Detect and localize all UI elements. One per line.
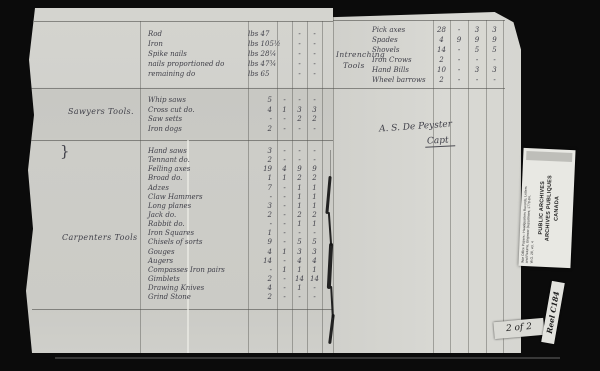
quantity-cell: - xyxy=(292,293,307,301)
quantity-cell: 3 xyxy=(292,248,307,256)
quantity-cell: - xyxy=(277,96,292,104)
quantity-cell: - xyxy=(292,96,307,104)
stamp-reference-text: War Office Papers : Headquarters Records… xyxy=(521,151,539,263)
ledger-item-name: Iron Crows xyxy=(372,56,412,64)
quantity-cell: 1 xyxy=(292,266,307,274)
quantity-cell: 2 xyxy=(292,174,307,182)
ledger-row: Rabbit do. - - 1 1 xyxy=(26,220,333,229)
quantity-cell: 1 xyxy=(292,220,307,228)
quantity-cell: 2 xyxy=(307,115,322,123)
ledger-item-name: Grind Stone xyxy=(148,293,191,301)
quantity-cell: 3 xyxy=(468,66,486,74)
quantity-cell: - xyxy=(468,56,486,64)
ledger-row: Iron Squares 1 - - - xyxy=(26,229,333,238)
ledger-item-name: Felling axes xyxy=(148,165,190,173)
quantity-cell: 3 xyxy=(486,26,503,34)
quantity-cell: 2 xyxy=(248,211,277,219)
quantity-cell: 4 xyxy=(292,257,307,265)
quantity-cell: - xyxy=(486,76,503,84)
ledger-item-name: Iron dogs xyxy=(148,125,182,133)
quantity-cell: 9 xyxy=(248,238,277,246)
ledger-row: Spike nails lbs 28¼ - - xyxy=(26,50,333,60)
quantity-cell: 2 xyxy=(248,275,277,283)
carpenters-section: Hand saws 3 - - - Tennant do. 2 - - - Fe… xyxy=(26,147,333,302)
quantity-cell: - xyxy=(450,46,468,54)
ledger-item-name: Claw Hammers xyxy=(148,193,203,201)
reel-number-label: Reel C184 xyxy=(541,281,565,344)
quantity-cell: - xyxy=(277,293,292,301)
quantity-cell: - xyxy=(277,147,292,155)
quantity-cell: - xyxy=(248,220,277,228)
quantity-cell: 1 xyxy=(307,220,322,228)
quantity-cell: - xyxy=(307,125,322,133)
quantity-cell: 14 xyxy=(433,46,450,54)
weight-cell: lbs 47¾ xyxy=(248,60,288,68)
quantity-cell: - xyxy=(292,70,307,78)
quantity-cell: 2 xyxy=(248,125,277,133)
quantity-cell: 5 xyxy=(292,238,307,246)
quantity-cell: 4 xyxy=(248,284,277,292)
ledger-item-name: Hand Bills xyxy=(372,66,409,74)
quantity-cell: 9 xyxy=(468,36,486,44)
quantity-cell: - xyxy=(307,156,322,164)
quantity-cell: 4 xyxy=(248,106,277,114)
signature-rank: Capt xyxy=(425,135,455,148)
ledger-item-name: Shovels xyxy=(372,46,399,54)
ledger-row: Drawing Knives 4 - 1 - xyxy=(26,284,333,293)
quantity-cell: 1 xyxy=(277,174,292,182)
quantity-cell: - xyxy=(450,66,468,74)
quantity-cell: 4 xyxy=(277,165,292,173)
ledger-row: Iron Crows 2 - - - xyxy=(333,56,521,66)
quantity-cell: - xyxy=(307,70,322,78)
quantity-cell: - xyxy=(307,40,322,48)
ledger-item-name: Gouges xyxy=(148,248,175,256)
quantity-cell: 2 xyxy=(292,211,307,219)
quantity-cell: 3 xyxy=(468,26,486,34)
quantity-cell: 2 xyxy=(307,211,322,219)
ledger-row: Gimblets 2 - 14 14 xyxy=(26,275,333,284)
quantity-cell: - xyxy=(307,96,322,104)
ledger-row: Whip saws 5 - - - xyxy=(26,96,333,106)
quantity-cell: - xyxy=(292,229,307,237)
quantity-cell: - xyxy=(248,115,277,123)
quantity-cell: 3 xyxy=(486,66,503,74)
quantity-cell: 1 xyxy=(277,266,292,274)
film-edge-streak xyxy=(55,357,560,359)
quantity-cell: 14 xyxy=(307,275,322,283)
ledger-row: nails proportioned do lbs 47¾ - - xyxy=(26,60,333,70)
quantity-cell: 3 xyxy=(248,147,277,155)
quantity-cell: - xyxy=(307,284,322,292)
ledger-row: Compasses Iron pairs - 1 1 1 xyxy=(26,266,333,275)
ledger-item-name: Broad do. xyxy=(148,174,182,182)
ledger-item-name: Adzes xyxy=(148,184,169,192)
weight-cell: lbs 65 xyxy=(248,70,288,78)
ledger-item-name: Whip saws xyxy=(148,96,186,104)
quantity-cell: 4 xyxy=(433,36,450,44)
ledger-row: Tennant do. 2 - - - xyxy=(26,156,333,165)
ledger-row: Iron dogs 2 - - - xyxy=(26,125,333,135)
ledger-item-name: Wheel barrows xyxy=(372,76,426,84)
quantity-cell: - xyxy=(277,184,292,192)
quantity-cell: - xyxy=(292,125,307,133)
quantity-cell: 1 xyxy=(277,248,292,256)
ledger-item-name: Rod xyxy=(148,30,162,38)
quantity-cell: 19 xyxy=(248,165,277,173)
ledger-row: Rod lbs 47 - - xyxy=(26,30,333,40)
ledger-row: Chisels of sorts 9 - 5 5 xyxy=(26,238,333,247)
weight-cell: lbs 28¼ xyxy=(248,50,288,58)
stamp-archive-name: PUBLIC ARCHIVES ARCHIVES PUBLIQUES CANAD… xyxy=(537,157,563,260)
quantity-cell: 10 xyxy=(433,66,450,74)
quantity-cell: 1 xyxy=(307,193,322,201)
ledger-row: Iron lbs 105½ - - xyxy=(26,40,333,50)
iron-stores-section: Rod lbs 47 - - Iron lbs 105½ - - Spike n… xyxy=(26,30,333,80)
quantity-cell: - xyxy=(292,60,307,68)
ledger-row: Augers 14 - 4 4 xyxy=(26,257,333,266)
quantity-cell: - xyxy=(277,125,292,133)
ledger-row: Felling axes 19 4 9 9 xyxy=(26,165,333,174)
quantity-cell: 2 xyxy=(248,293,277,301)
ledger-row: Hand Bills 10 - 3 3 xyxy=(333,66,521,76)
document-right-page: Intrenching Tools Pick axes 28 - 3 3 Spa… xyxy=(333,12,521,353)
quantity-cell: 3 xyxy=(248,202,277,210)
quantity-cell: - xyxy=(277,202,292,210)
quantity-cell: - xyxy=(277,275,292,283)
quantity-cell: - xyxy=(277,229,292,237)
signature-name: A. S. De Peyster xyxy=(379,119,453,134)
ledger-row: remaining do lbs 65 - - xyxy=(26,70,333,80)
ledger-item-name: Iron xyxy=(148,40,163,48)
horizontal-rule xyxy=(333,88,505,89)
page-count-label: 2 of 2 xyxy=(493,318,544,339)
quantity-cell: - xyxy=(292,156,307,164)
quantity-cell: - xyxy=(307,229,322,237)
ledger-item-name: Hand saws xyxy=(148,147,187,155)
quantity-cell: - xyxy=(450,26,468,34)
ledger-item-name: Rabbit do. xyxy=(148,220,185,228)
ledger-item-name: Tennant do. xyxy=(148,156,190,164)
quantity-cell: 14 xyxy=(292,275,307,283)
quantity-cell: 5 xyxy=(468,46,486,54)
quantity-cell: 7 xyxy=(248,184,277,192)
quantity-cell: 5 xyxy=(486,46,503,54)
horizontal-rule xyxy=(32,309,333,310)
ledger-item-name: Drawing Knives xyxy=(148,284,204,292)
ledger-item-name: Pick axes xyxy=(372,26,405,34)
sawyers-section: Whip saws 5 - - - Cross cut do. 4 1 3 3 … xyxy=(26,96,333,134)
ledger-item-name: Chisels of sorts xyxy=(148,238,202,246)
horizontal-rule xyxy=(30,140,333,141)
quantity-cell: - xyxy=(248,193,277,201)
quantity-cell: 4 xyxy=(307,257,322,265)
quantity-cell: - xyxy=(292,30,307,38)
quantity-cell: 2 xyxy=(433,56,450,64)
quantity-cell: 3 xyxy=(307,248,322,256)
quantity-cell: 9 xyxy=(307,165,322,173)
quantity-cell: 1 xyxy=(248,174,277,182)
quantity-cell: - xyxy=(307,293,322,301)
microfilm-frame: Rod lbs 47 - - Iron lbs 105½ - - Spike n… xyxy=(0,0,600,371)
quantity-cell: 1 xyxy=(292,284,307,292)
quantity-cell: 2 xyxy=(433,76,450,84)
ledger-item-name: Spike nails xyxy=(148,50,187,58)
quantity-cell: 2 xyxy=(248,156,277,164)
quantity-cell: - xyxy=(277,238,292,246)
quantity-cell: 3 xyxy=(292,106,307,114)
quantity-cell: - xyxy=(486,56,503,64)
ledger-row: Wheel barrows 2 - - - xyxy=(333,76,521,86)
quantity-cell: - xyxy=(450,76,468,84)
ledger-row: Gouges 4 1 3 3 xyxy=(26,248,333,257)
ledger-row: Shovels 14 - 5 5 xyxy=(333,46,521,56)
quantity-cell: - xyxy=(277,211,292,219)
ledger-item-name: Long planes xyxy=(148,202,191,210)
ledger-item-name: Compasses Iron pairs xyxy=(148,266,225,274)
ledger-row: Saw setts - - 2 2 xyxy=(26,115,333,125)
quantity-cell: - xyxy=(307,50,322,58)
quantity-cell: - xyxy=(248,266,277,274)
quantity-cell: - xyxy=(277,220,292,228)
quantity-cell: - xyxy=(277,193,292,201)
weight-cell: lbs 47 xyxy=(248,30,288,38)
quantity-cell: - xyxy=(277,156,292,164)
ledger-row: Spades 4 9 9 9 xyxy=(333,36,521,46)
quantity-cell: - xyxy=(277,115,292,123)
quantity-cell: 14 xyxy=(248,257,277,265)
quantity-cell: 1 xyxy=(307,184,322,192)
quantity-cell: - xyxy=(307,30,322,38)
quantity-cell: - xyxy=(277,284,292,292)
quantity-cell: - xyxy=(307,147,322,155)
document-left-page: Rod lbs 47 - - Iron lbs 105½ - - Spike n… xyxy=(26,8,333,353)
quantity-cell: 1 xyxy=(292,184,307,192)
public-archives-stamp: War Office Papers : Headquarters Records… xyxy=(518,148,575,268)
quantity-cell: - xyxy=(450,56,468,64)
ledger-row: Broad do. 1 1 2 2 xyxy=(26,174,333,183)
quantity-cell: 1 xyxy=(292,202,307,210)
quantity-cell: 1 xyxy=(307,266,322,274)
quantity-cell: - xyxy=(292,50,307,58)
ledger-item-name: Gimblets xyxy=(148,275,180,283)
quantity-cell: 1 xyxy=(248,229,277,237)
ledger-item-name: Cross cut do. xyxy=(148,106,195,114)
quantity-cell: 28 xyxy=(433,26,450,34)
ledger-item-name: Jack do. xyxy=(148,211,176,219)
quantity-cell: - xyxy=(292,40,307,48)
horizontal-rule xyxy=(34,21,333,22)
ledger-row: Hand saws 3 - - - xyxy=(26,147,333,156)
ledger-row: Jack do. 2 - 2 2 xyxy=(26,211,333,220)
quantity-cell: 9 xyxy=(292,165,307,173)
quantity-cell: 4 xyxy=(248,248,277,256)
quantity-cell: 9 xyxy=(450,36,468,44)
horizontal-rule xyxy=(30,88,333,89)
ledger-item-name: Augers xyxy=(148,257,173,265)
ledger-item-name: nails proportioned do xyxy=(148,60,224,68)
quantity-cell: - xyxy=(292,147,307,155)
ledger-row: Claw Hammers - - 1 1 xyxy=(26,193,333,202)
ledger-item-name: Spades xyxy=(372,36,398,44)
ledger-row: Grind Stone 2 - - - xyxy=(26,293,333,302)
quantity-cell: 2 xyxy=(307,174,322,182)
quantity-cell: 2 xyxy=(292,115,307,123)
quantity-cell: - xyxy=(277,257,292,265)
quantity-cell: 9 xyxy=(486,36,503,44)
horizontal-rule xyxy=(333,20,505,21)
quantity-cell: 5 xyxy=(307,238,322,246)
ledger-item-name: remaining do xyxy=(148,70,195,78)
stamp-text-block: War Office Papers : Headquarters Records… xyxy=(518,148,575,268)
quantity-cell: 1 xyxy=(307,202,322,210)
quantity-cell: - xyxy=(468,76,486,84)
ledger-row: Adzes 7 - 1 1 xyxy=(26,184,333,193)
ledger-item-name: Saw setts xyxy=(148,115,182,123)
ledger-item-name: Iron Squares xyxy=(148,229,194,237)
intrenching-section: Pick axes 28 - 3 3 Spades 4 9 9 9 Shovel… xyxy=(333,26,521,86)
quantity-cell: - xyxy=(307,60,322,68)
quantity-cell: 1 xyxy=(292,193,307,201)
ledger-row: Pick axes 28 - 3 3 xyxy=(333,26,521,36)
paper-tear xyxy=(330,150,331,178)
ledger-row: Long planes 3 - 1 1 xyxy=(26,202,333,211)
quantity-cell: 3 xyxy=(307,106,322,114)
weight-cell: lbs 105½ xyxy=(248,40,288,48)
quantity-cell: 1 xyxy=(277,106,292,114)
quantity-cell: 5 xyxy=(248,96,277,104)
ledger-row: Cross cut do. 4 1 3 3 xyxy=(26,106,333,116)
